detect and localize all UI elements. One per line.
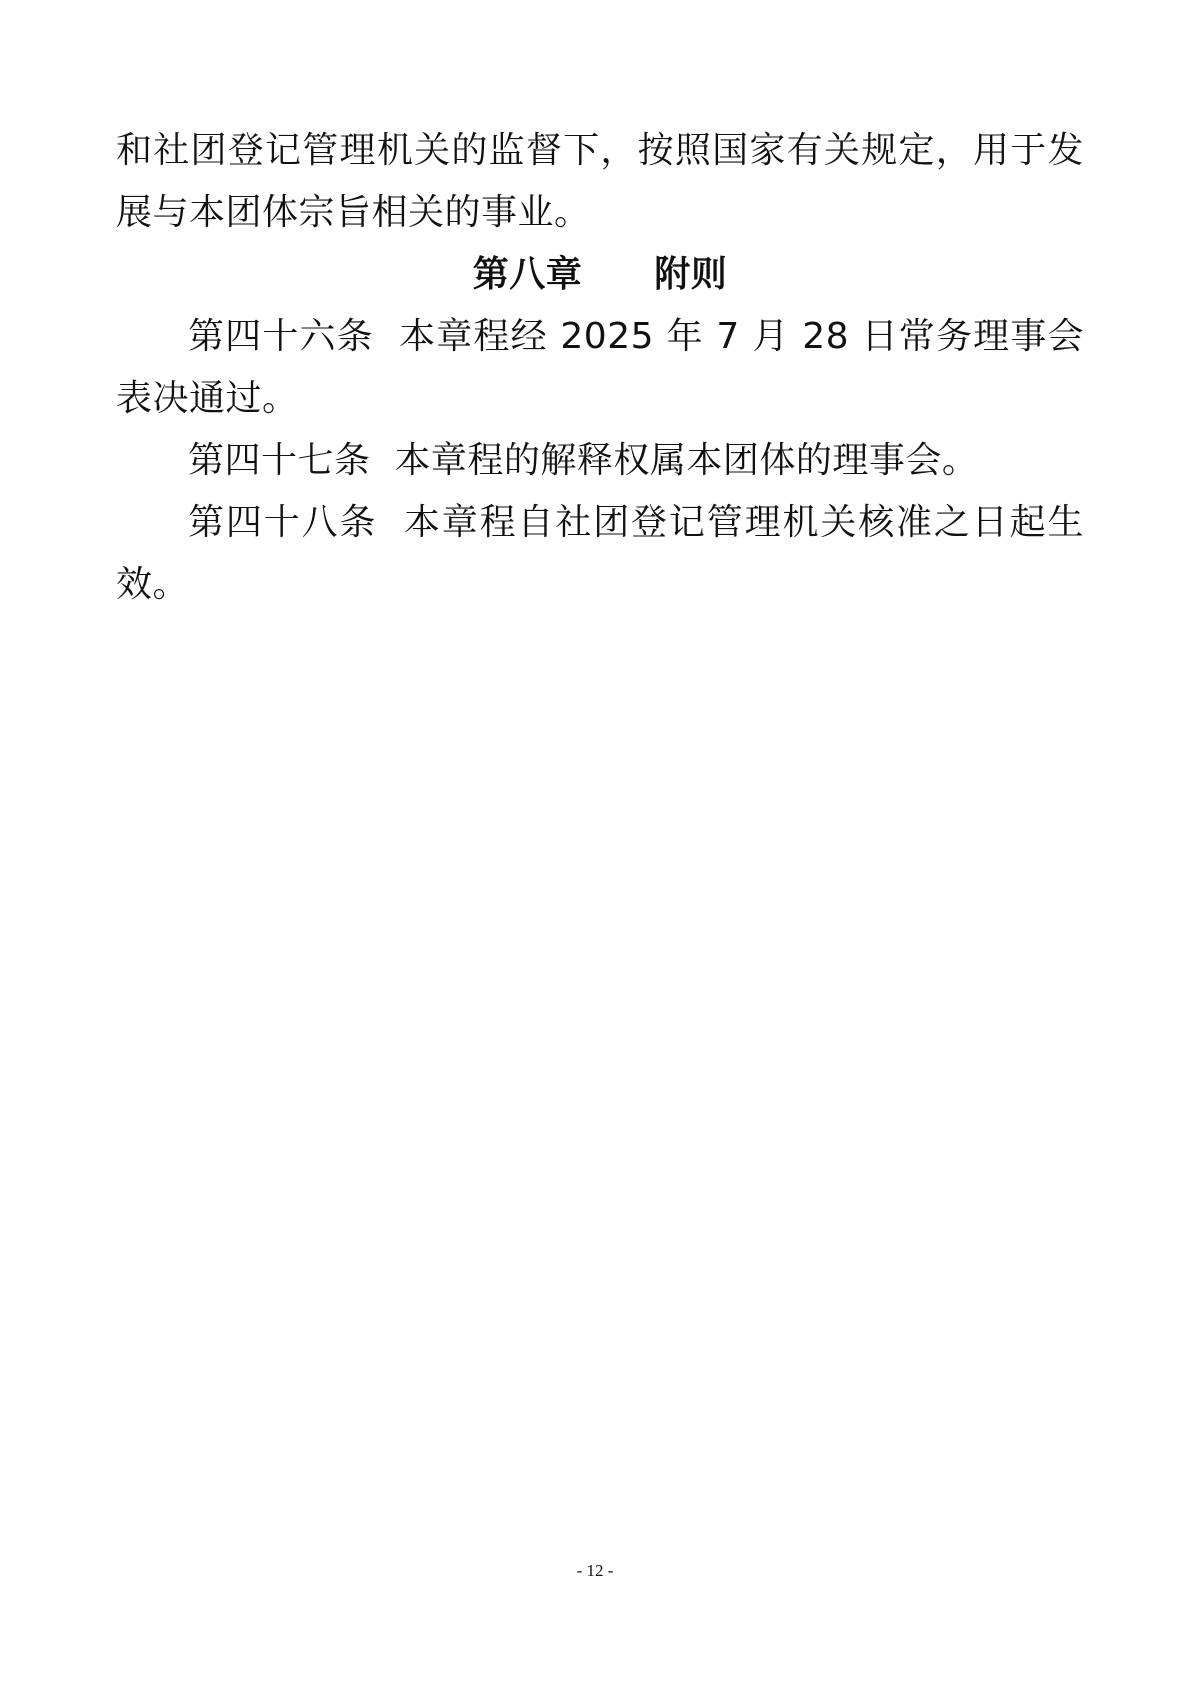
document-page: 和社团登记管理机关的监督下，按照国家有关规定，用于发展与本团体宗旨相关的事业。 … (0, 0, 1190, 1684)
article-number: 第四十六条 (188, 316, 374, 357)
continued-paragraph: 和社团登记管理机关的监督下，按照国家有关规定，用于发展与本团体宗旨相关的事业。 (116, 120, 1084, 244)
page-number: - 12 - (0, 1561, 1190, 1581)
chapter-number: 第八章 (473, 254, 583, 295)
article-47: 第四十七条 本章程的解释权属本团体的理事会。 (116, 430, 1084, 492)
article-number: 第四十八条 (188, 502, 377, 543)
article-number: 第四十七条 (188, 440, 371, 481)
document-body: 和社团登记管理机关的监督下，按照国家有关规定，用于发展与本团体宗旨相关的事业。 … (116, 120, 1084, 616)
article-48: 第四十八条 本章程自社团登记管理机关核准之日起生效。 (116, 492, 1084, 616)
article-text: 本章程的解释权属本团体的理事会。 (394, 440, 978, 481)
article-46: 第四十六条 本章程经 2025 年 7 月 28 日常务理事会表决通过。 (116, 306, 1084, 430)
chapter-heading: 第八章附则 (116, 244, 1084, 306)
chapter-title: 附则 (654, 254, 727, 295)
